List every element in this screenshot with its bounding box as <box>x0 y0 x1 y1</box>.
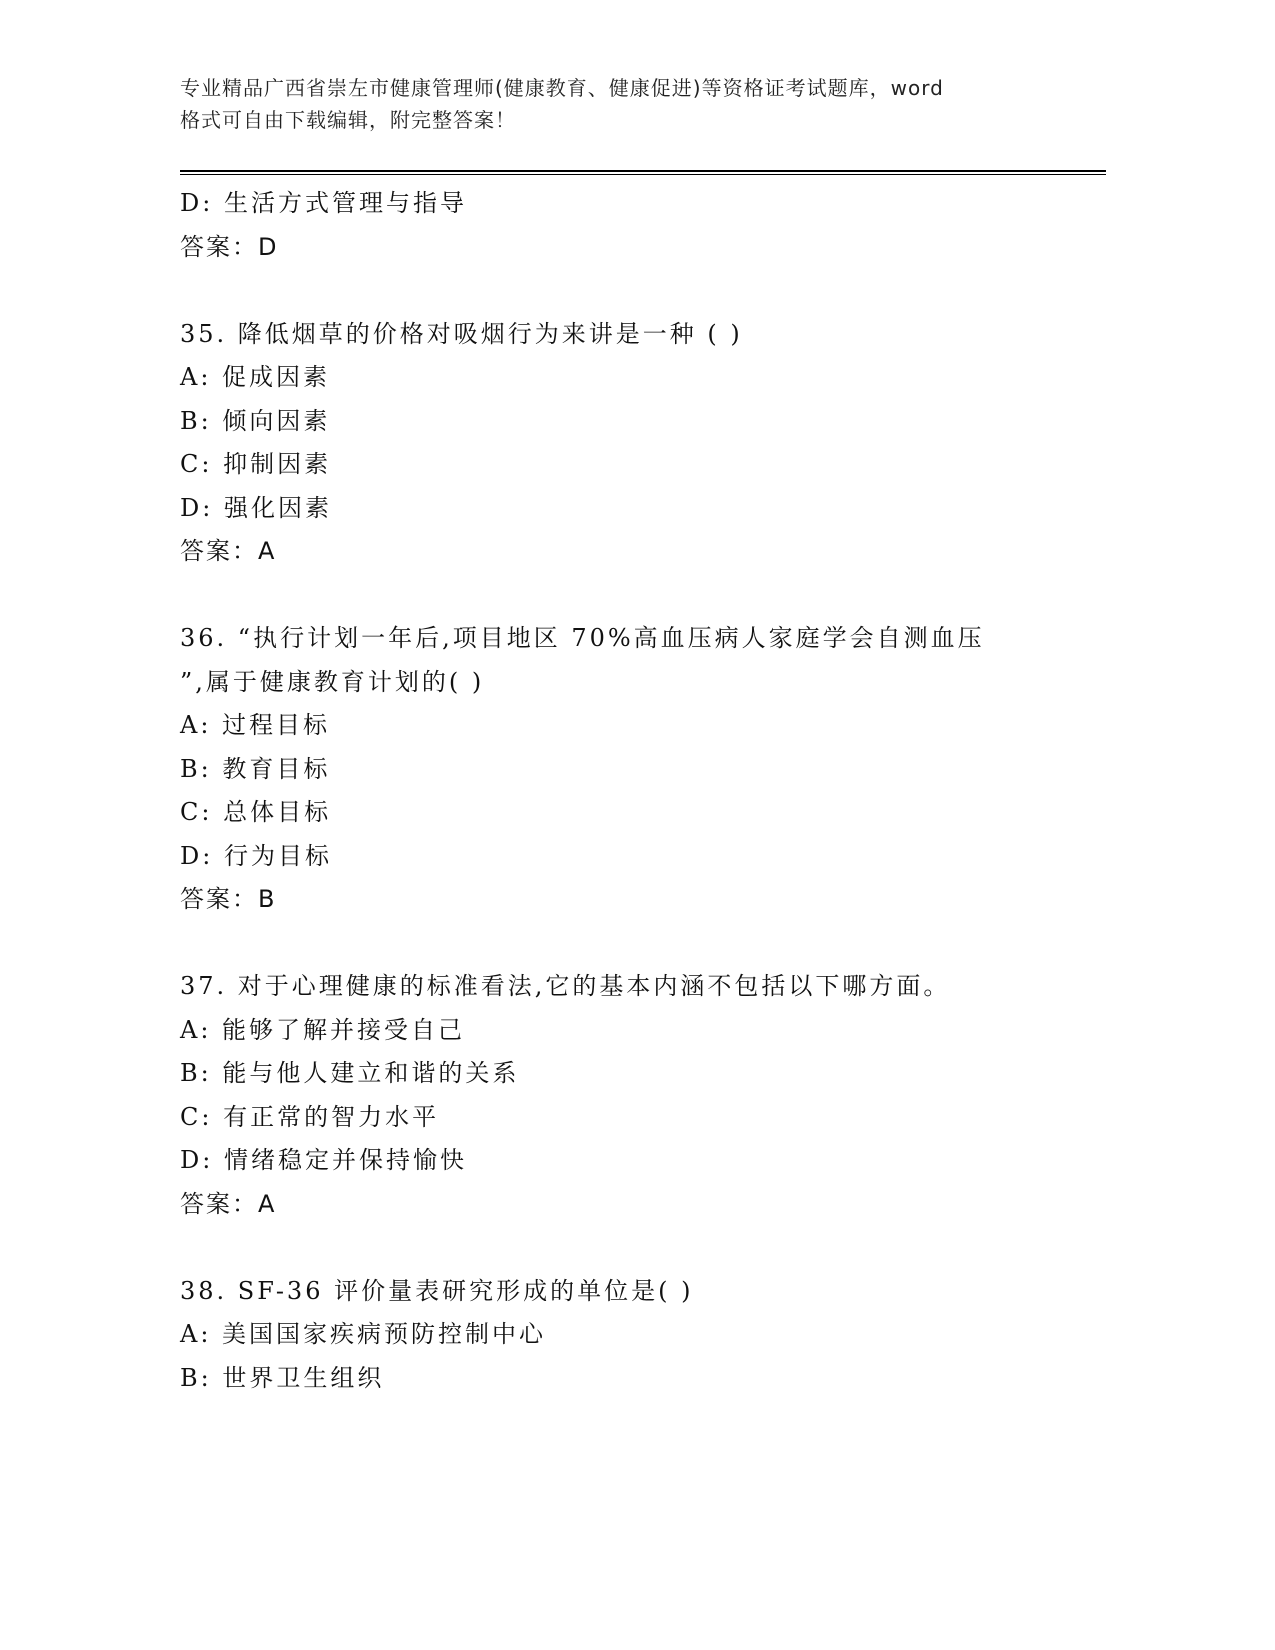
option-a: A: 美国国家疾病预防控制中心 <box>180 1313 1080 1357</box>
prev-answer: 答案：D <box>180 226 1080 270</box>
option-c: C: 抑制因素 <box>180 443 1080 487</box>
question-38: 38. SF-36 评价量表研究形成的单位是( ) A: 美国国家疾病预防控制中… <box>180 1270 1080 1401</box>
answer: 答案：A <box>180 530 1080 574</box>
question-36: 36. “执行计划一年后,项目地区 70%高血压病人家庭学会自测血压 ”,属于健… <box>180 617 1080 922</box>
option-c: C: 总体目标 <box>180 791 1080 835</box>
answer: 答案：B <box>180 878 1080 922</box>
option-b: B: 世界卫生组织 <box>180 1357 1080 1401</box>
header-line-1: 专业精品广西省崇左市健康管理师(健康教育、健康促进)等资格证考试题库，word <box>180 72 1080 104</box>
question-35: 35. 降低烟草的价格对吸烟行为来讲是一种 ( ) A: 促成因素 B: 倾向因… <box>180 313 1080 574</box>
option-a: A: 能够了解并接受自己 <box>180 1009 1080 1053</box>
question-stem: 36. “执行计划一年后,项目地区 70%高血压病人家庭学会自测血压 <box>180 617 1080 661</box>
question-stem-cont: ”,属于健康教育计划的( ) <box>180 661 1080 705</box>
option-b: B: 能与他人建立和谐的关系 <box>180 1052 1080 1096</box>
question-stem: 38. SF-36 评价量表研究形成的单位是( ) <box>180 1270 1080 1314</box>
header-line-2: 格式可自由下载编辑，附完整答案！ <box>180 104 1080 136</box>
option-d: D: 行为目标 <box>180 835 1080 879</box>
option-d: D: 强化因素 <box>180 487 1080 531</box>
question-stem: 37. 对于心理健康的标准看法,它的基本内涵不包括以下哪方面。 <box>180 965 1080 1009</box>
header-divider <box>180 170 1106 172</box>
option-b: B: 教育目标 <box>180 748 1080 792</box>
question-37: 37. 对于心理健康的标准看法,它的基本内涵不包括以下哪方面。 A: 能够了解并… <box>180 965 1080 1226</box>
option-b: B: 倾向因素 <box>180 400 1080 444</box>
header-divider-thin <box>180 174 1106 175</box>
option-a: A: 过程目标 <box>180 704 1080 748</box>
option-c: C: 有正常的智力水平 <box>180 1096 1080 1140</box>
option-a: A: 促成因素 <box>180 356 1080 400</box>
question-stem: 35. 降低烟草的价格对吸烟行为来讲是一种 ( ) <box>180 313 1080 357</box>
question-list: D: 生活方式管理与指导 答案：D 35. 降低烟草的价格对吸烟行为来讲是一种 … <box>180 182 1080 1400</box>
option-d: D: 情绪稳定并保持愉快 <box>180 1139 1080 1183</box>
answer: 答案：A <box>180 1183 1080 1227</box>
document-header: 专业精品广西省崇左市健康管理师(健康教育、健康促进)等资格证考试题库，word … <box>180 72 1080 136</box>
prev-option-d: D: 生活方式管理与指导 <box>180 182 1080 226</box>
